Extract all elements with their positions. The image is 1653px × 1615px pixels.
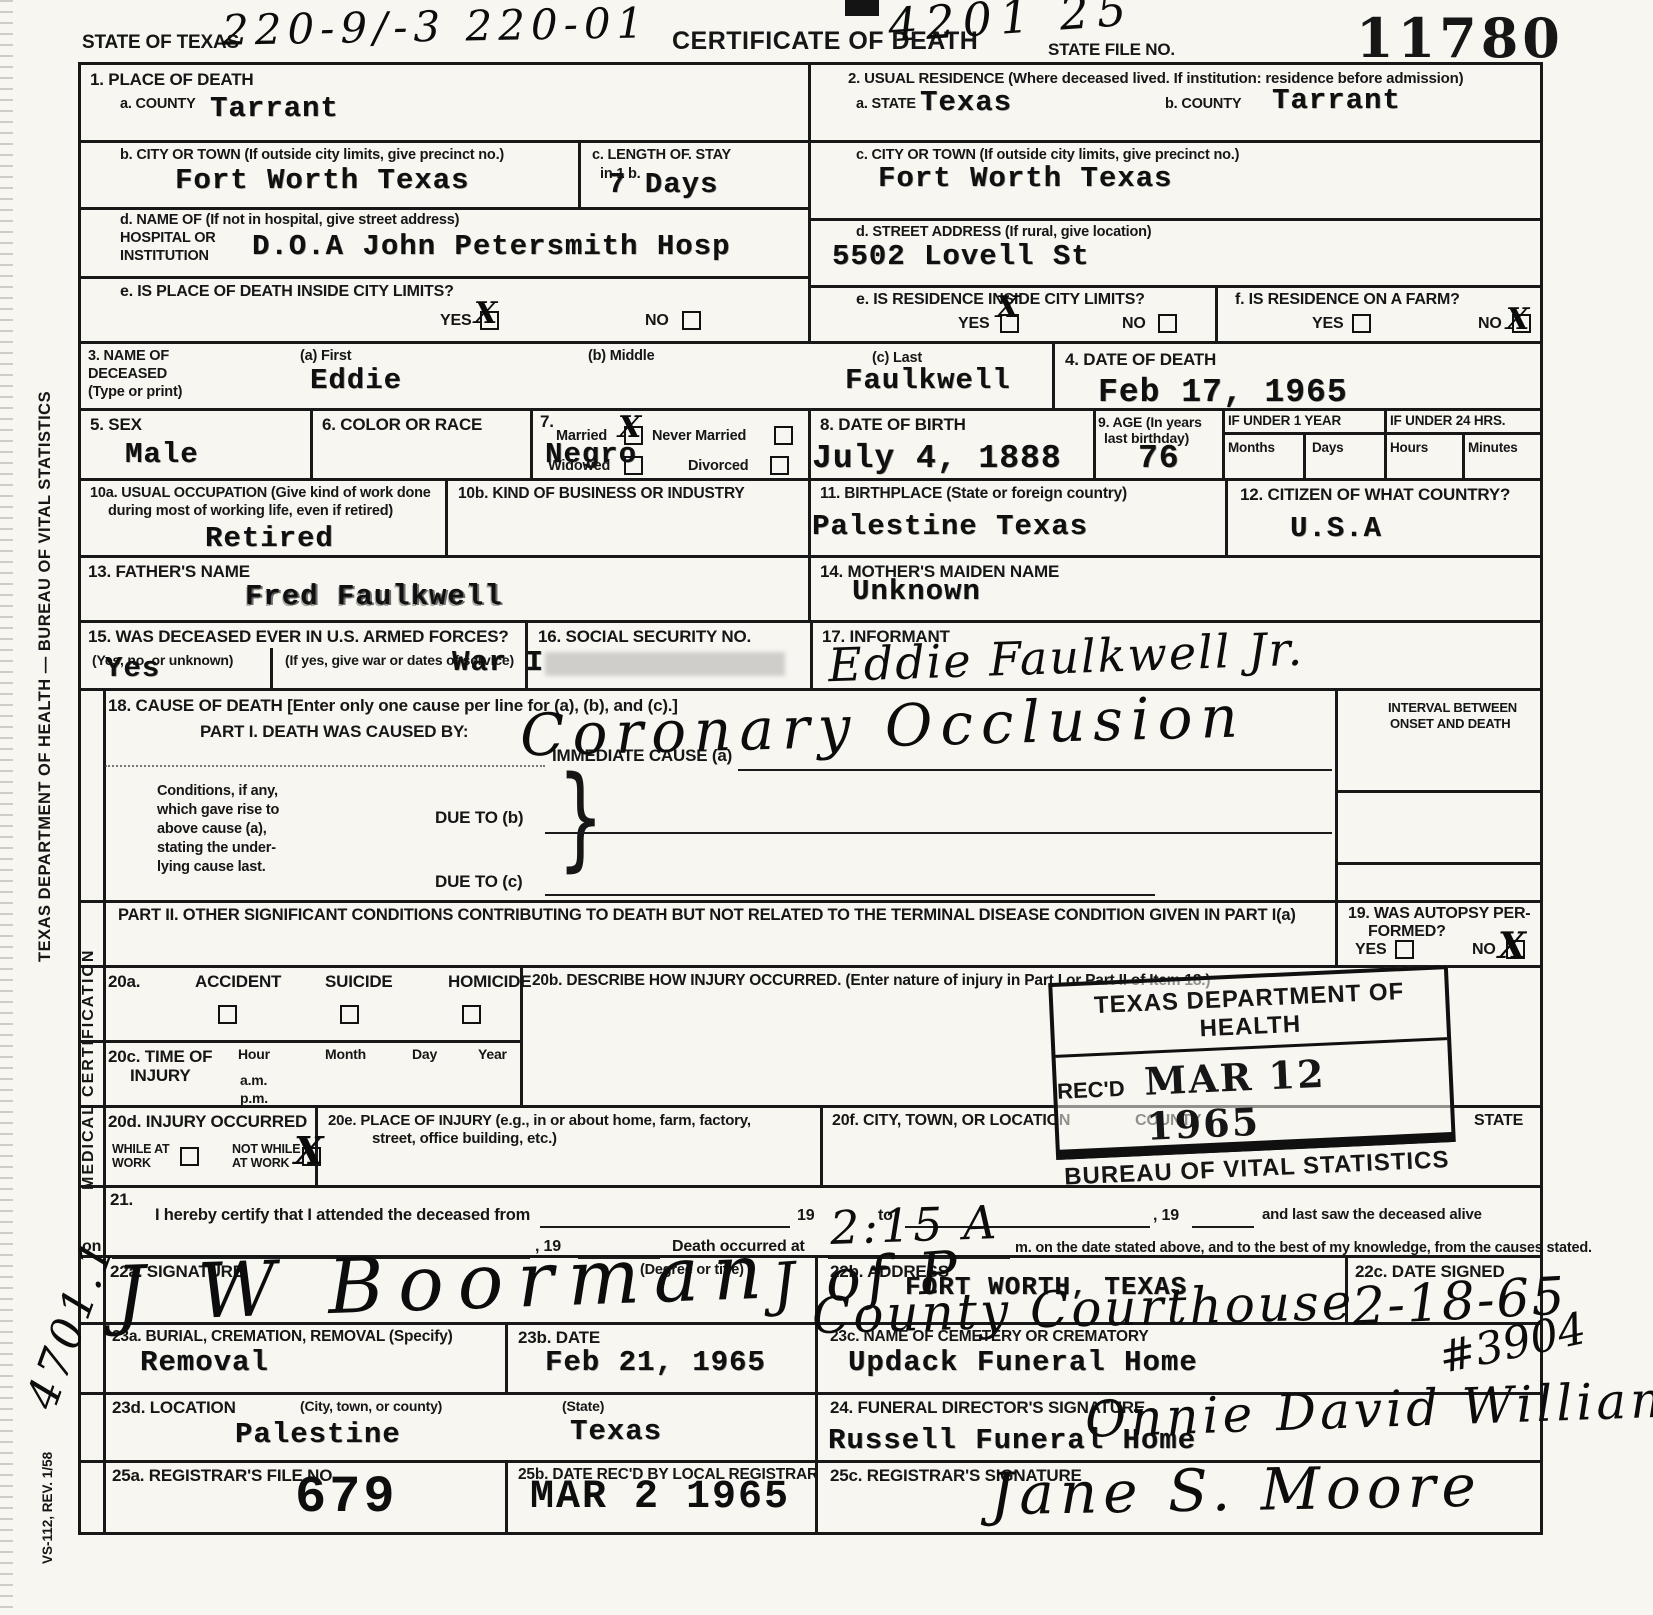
checkbox-never-married xyxy=(774,426,793,445)
divider xyxy=(78,688,1543,691)
divider xyxy=(808,408,811,478)
divider xyxy=(808,140,1540,143)
item15-value1: Yes xyxy=(105,652,160,685)
item10a-label1: 10a. USUAL OCCUPATION (Give kind of work… xyxy=(90,485,431,501)
item11-value: Palestine Texas xyxy=(812,510,1088,543)
divider xyxy=(808,555,811,620)
item21-label: 21. xyxy=(110,1190,133,1210)
stamp-date: MAR 12 1965 xyxy=(1143,1045,1451,1149)
item1-stay-label: c. LENGTH OF. STAY xyxy=(592,147,731,163)
divider xyxy=(505,1460,508,1532)
blank-line xyxy=(545,832,1332,834)
checkmark-married: X xyxy=(618,410,641,445)
item20c-year-label: Year xyxy=(478,1046,507,1062)
item23d-value1: Palestine xyxy=(235,1418,401,1451)
item2-farm-yes-label: YES xyxy=(1312,315,1343,333)
divider xyxy=(1093,408,1096,478)
item3-first-value: Eddie xyxy=(310,364,402,397)
item2-farm-no-label: NO xyxy=(1478,315,1502,333)
item1-stay-value: 7 Days xyxy=(608,168,718,201)
checkbox-accident xyxy=(218,1005,237,1024)
item20c-day-label: Day xyxy=(412,1046,437,1062)
conditions-brace: } xyxy=(557,768,603,868)
death-certificate-scan: STATE OF TEXAS 220-9/-3 220-01 CERTIFICA… xyxy=(0,0,1653,1615)
checkbox-place-death-city-limits-no xyxy=(682,311,701,330)
item7-never-married-label: Never Married xyxy=(652,428,746,444)
divider xyxy=(810,620,813,688)
divider xyxy=(1335,790,1540,793)
checkmark-autopsy-no: X xyxy=(1498,925,1526,967)
item1-label: 1. PLACE OF DEATH xyxy=(90,70,253,90)
item20c-label2: INJURY xyxy=(130,1066,191,1086)
item14-value: Unknown xyxy=(852,575,981,608)
item20d-while-label2: WORK xyxy=(112,1156,151,1170)
checkmark-residence-farm-no: X xyxy=(1506,302,1529,337)
item23a-value: Removal xyxy=(140,1346,269,1379)
item20c-hour-label: Hour xyxy=(238,1046,270,1062)
item23b-value: Feb 21, 1965 xyxy=(545,1346,766,1379)
item20d-while-label1: WHILE AT xyxy=(112,1142,169,1156)
divider xyxy=(808,218,1540,221)
item2-no-label: NO xyxy=(1122,315,1146,333)
item21-on: on xyxy=(82,1238,101,1256)
item18-due-c-label: DUE TO (c) xyxy=(435,872,522,892)
item18-cond3: above cause (a), xyxy=(157,821,267,837)
item12-value: U.S.A xyxy=(1290,512,1382,545)
item9-under-year-label: IF UNDER 1 YEAR xyxy=(1228,413,1341,428)
item9-under-24-label: IF UNDER 24 HRS. xyxy=(1390,413,1505,428)
item20c-month-label: Month xyxy=(325,1046,366,1062)
checkbox-widowed xyxy=(624,456,643,475)
divider xyxy=(78,207,808,210)
item3-first-label: (a) First xyxy=(300,348,351,364)
item9-label1: 9. AGE (In years xyxy=(1098,414,1202,430)
blank-line xyxy=(545,894,1155,896)
interval-label2: ONSET AND DEATH xyxy=(1390,716,1511,731)
item18-cond2: which gave rise to xyxy=(157,802,279,818)
divider xyxy=(78,1185,1543,1188)
item20d-notwhile-label1: NOT WHILE xyxy=(232,1142,300,1156)
item21-line2b: m. on the date stated above, and to the … xyxy=(1015,1240,1592,1256)
item8-value: July 4, 1888 xyxy=(812,440,1062,477)
interval-label1: INTERVAL BETWEEN xyxy=(1388,700,1517,715)
divider xyxy=(78,965,1543,968)
item25c-signature: Jane S. Moore xyxy=(989,1452,1482,1529)
item2-yes-label: YES xyxy=(958,315,989,333)
form-code-vertical-label: VS-112, REV. 1/58 xyxy=(40,1396,55,1564)
item9-months-label: Months xyxy=(1228,440,1275,455)
item18-cond5: lying cause last. xyxy=(157,859,266,875)
dept-vertical-label: TEXAS DEPARTMENT OF HEALTH — BUREAU OF V… xyxy=(36,262,55,962)
item4-value: Feb 17, 1965 xyxy=(1098,374,1348,411)
item25a-value: 679 xyxy=(295,1468,398,1527)
checkmark-residence-city-limits-yes: X xyxy=(996,290,1019,325)
blank-line xyxy=(738,769,1332,771)
item19-no-label: NO xyxy=(1472,941,1496,959)
divider xyxy=(103,688,106,1535)
item23d-sub2-label: (State) xyxy=(562,1398,604,1414)
item10a-label2: during most of working life, even if ret… xyxy=(108,503,393,519)
item15-value2: War I xyxy=(452,646,544,679)
divider xyxy=(505,1322,508,1392)
item1-hospital-label: d. NAME OF (If not in hospital, give str… xyxy=(120,212,459,228)
item1-hospital-value: D.O.A John Petersmith Hosp xyxy=(252,230,730,263)
item23d-label: 23d. LOCATION xyxy=(112,1398,236,1418)
item10a-value: Retired xyxy=(205,522,334,555)
divider xyxy=(808,62,811,344)
item18-due-b-label: DUE TO (b) xyxy=(435,808,523,828)
item3-label3: (Type or print) xyxy=(88,384,182,400)
item3-label2: DECEASED xyxy=(88,366,167,382)
item9-days-label: Days xyxy=(1312,440,1343,455)
item1-city-label: b. CITY OR TOWN (If outside city limits,… xyxy=(120,147,504,163)
divider xyxy=(1335,862,1540,865)
divider xyxy=(1384,408,1387,478)
item21-line1a: I hereby certify that I attended the dec… xyxy=(155,1206,530,1225)
item10b-label: 10b. KIND OF BUSINESS OR INDUSTRY xyxy=(458,485,745,503)
part2-label: PART II. OTHER SIGNIFICANT CONDITIONS CO… xyxy=(118,906,1296,925)
item2-city-label: c. CITY OR TOWN (If outside city limits,… xyxy=(856,147,1239,163)
item8-label: 8. DATE OF BIRTH xyxy=(820,415,966,435)
item9-hours-label: Hours xyxy=(1390,440,1428,455)
divider xyxy=(270,648,273,688)
item1-yes-label: YES xyxy=(440,312,471,330)
divider xyxy=(530,408,533,478)
item2-state-label: a. STATE xyxy=(856,96,916,112)
checkbox-residence-farm-yes xyxy=(1352,314,1371,333)
divider xyxy=(1052,341,1055,408)
item20d-label: 20d. INJURY OCCURRED xyxy=(108,1112,307,1132)
item7-label: 7. xyxy=(540,412,554,432)
received-stamp: TEXAS DEPARTMENT OF HEALTH REC'D MAR 12 … xyxy=(1048,965,1456,1160)
item19-label1: 19. WAS AUTOPSY PER- xyxy=(1348,905,1530,923)
blank-line xyxy=(1192,1226,1254,1228)
item20a-accident-label: ACCIDENT xyxy=(195,972,281,992)
checkmark-injury-not-while-at-work: X xyxy=(294,1128,323,1173)
item3-middle-label: (b) Middle xyxy=(588,348,654,364)
item18-part1-label: PART I. DEATH WAS CAUSED BY: xyxy=(200,722,468,742)
divider xyxy=(1225,478,1228,555)
checkbox-injury-while-at-work xyxy=(180,1147,199,1166)
illegible-ssn-smudge xyxy=(545,652,785,676)
checkbox-homicide xyxy=(462,1005,481,1024)
item20f-state-label: STATE xyxy=(1474,1112,1523,1130)
medical-certification-vertical-label: MEDICAL CERTIFICATION xyxy=(80,898,98,1190)
item1-county-value: Tarrant xyxy=(210,92,339,125)
scan-artifact xyxy=(845,0,879,16)
item2-county-label: b. COUNTY xyxy=(1165,96,1241,112)
item3-label1: 3. NAME OF xyxy=(88,348,169,364)
district-code-handwritten: 220-9/-3 220-01 xyxy=(222,0,650,55)
item3-last-value: Faulkwell xyxy=(845,364,1011,397)
divider xyxy=(78,900,1543,903)
item1-county-label: a. COUNTY xyxy=(120,96,196,112)
item23b-label: 23b. DATE xyxy=(518,1328,600,1348)
item20c-label1: 20c. TIME OF xyxy=(108,1047,212,1067)
divider xyxy=(808,478,811,555)
divider xyxy=(78,1040,520,1043)
item13-label: 13. FATHER'S NAME xyxy=(88,562,250,582)
item4-label: 4. DATE OF DEATH xyxy=(1065,350,1216,370)
item2-street-label: d. STREET ADDRESS (If rural, give locati… xyxy=(856,224,1151,240)
divider xyxy=(820,1105,823,1185)
item1-hospital-label3: INSTITUTION xyxy=(120,248,209,264)
item2-street-value: 5502 Lovell St xyxy=(832,240,1090,273)
item5-value: Male xyxy=(125,438,199,471)
divider xyxy=(78,140,808,143)
state-file-number: 11780 xyxy=(1356,6,1564,70)
item23c-value: Updack Funeral Home xyxy=(848,1346,1198,1379)
item13-value: Fred Faulkwell xyxy=(245,580,503,613)
item7-married-label: Married xyxy=(556,428,607,444)
item1-city-value: Fort Worth Texas xyxy=(175,164,469,197)
item20f-label: 20f. CITY, TOWN, OR LOCATION xyxy=(832,1112,1070,1130)
item5-label: 5. SEX xyxy=(90,415,142,435)
item20a-homicide-label: HOMICIDE xyxy=(448,972,531,992)
checkbox-residence-city-limits-no xyxy=(1158,314,1177,333)
checkmark-place-death-city-limits-yes: X xyxy=(474,296,497,331)
divider xyxy=(578,140,581,207)
divider xyxy=(1462,432,1465,478)
item20e-label2: street, office building, etc.) xyxy=(372,1130,557,1147)
item23d-sub1-label: (City, town, or county) xyxy=(300,1398,442,1414)
item9-value: 76 xyxy=(1138,440,1180,477)
item1-no-label: NO xyxy=(645,312,669,330)
dotted-leader xyxy=(105,765,545,767)
state-file-no-label: STATE FILE NO. xyxy=(1048,40,1175,60)
item20a-label: 20a. xyxy=(108,972,140,992)
item19-label2: FORMED? xyxy=(1368,923,1446,941)
divider xyxy=(808,285,1540,288)
divider xyxy=(1222,408,1225,478)
item7-divorced-label: Divorced xyxy=(688,458,748,474)
item1-city-limits-label: e. IS PLACE OF DEATH INSIDE CITY LIMITS? xyxy=(120,283,454,301)
item2-city-value: Fort Worth Texas xyxy=(878,162,1172,195)
item23d-value2: Texas xyxy=(570,1415,662,1448)
item1-hospital-label2: HOSPITAL OR xyxy=(120,230,216,246)
item2-state-value: Texas xyxy=(920,86,1012,119)
divider xyxy=(78,276,808,279)
item18-cond1: Conditions, if any, xyxy=(157,783,278,799)
item21-line1b: and last saw the deceased alive xyxy=(1262,1206,1482,1223)
stamp-recd-label: REC'D xyxy=(1057,1076,1126,1105)
checkbox-divorced xyxy=(770,456,789,475)
item16-label: 16. SOCIAL SECURITY NO. xyxy=(538,627,751,647)
item21-year1: 19 xyxy=(797,1207,814,1225)
item18-cond4: stating the under- xyxy=(157,840,276,856)
divider xyxy=(1303,432,1306,478)
item6-label: 6. COLOR OR RACE xyxy=(322,415,482,435)
item20e-label1: 20e. PLACE OF INJURY (e.g., in or about … xyxy=(328,1112,751,1129)
item2-county-value: Tarrant xyxy=(1272,84,1401,117)
divider xyxy=(78,1532,1543,1535)
divider xyxy=(310,408,313,478)
scan-edge-noise xyxy=(0,0,13,1615)
checkbox-autopsy-yes xyxy=(1395,940,1414,959)
item2-farm-label: f. IS RESIDENCE ON A FARM? xyxy=(1235,291,1460,309)
item7-widowed-label: Widowed xyxy=(548,458,610,474)
item12-label: 12. CITIZEN OF WHAT COUNTRY? xyxy=(1240,485,1510,505)
item20c-pm-label: p.m. xyxy=(240,1090,268,1106)
item20c-am-label: a.m. xyxy=(240,1072,267,1088)
item20d-notwhile-label2: AT WORK xyxy=(232,1156,289,1170)
item21-year2: , 19 xyxy=(1153,1207,1179,1225)
divider xyxy=(1222,432,1540,435)
divider xyxy=(815,1392,818,1460)
item15-label: 15. WAS DECEASED EVER IN U.S. ARMED FORC… xyxy=(88,627,509,647)
item20a-suicide-label: SUICIDE xyxy=(325,972,393,992)
divider xyxy=(1215,285,1218,341)
divider xyxy=(1335,688,1338,965)
item11-label: 11. BIRTHPLACE (State or foreign country… xyxy=(820,485,1127,503)
item24-signature: Onnie David Williams xyxy=(1084,1369,1653,1449)
checkbox-suicide xyxy=(340,1005,359,1024)
divider xyxy=(445,478,448,555)
item9-minutes-label: Minutes xyxy=(1468,440,1518,455)
state-of-texas-label: STATE OF TEXAS xyxy=(82,32,239,54)
item19-yes-label: YES xyxy=(1355,941,1386,959)
item25b-value: MAR 2 1965 xyxy=(530,1475,790,1520)
